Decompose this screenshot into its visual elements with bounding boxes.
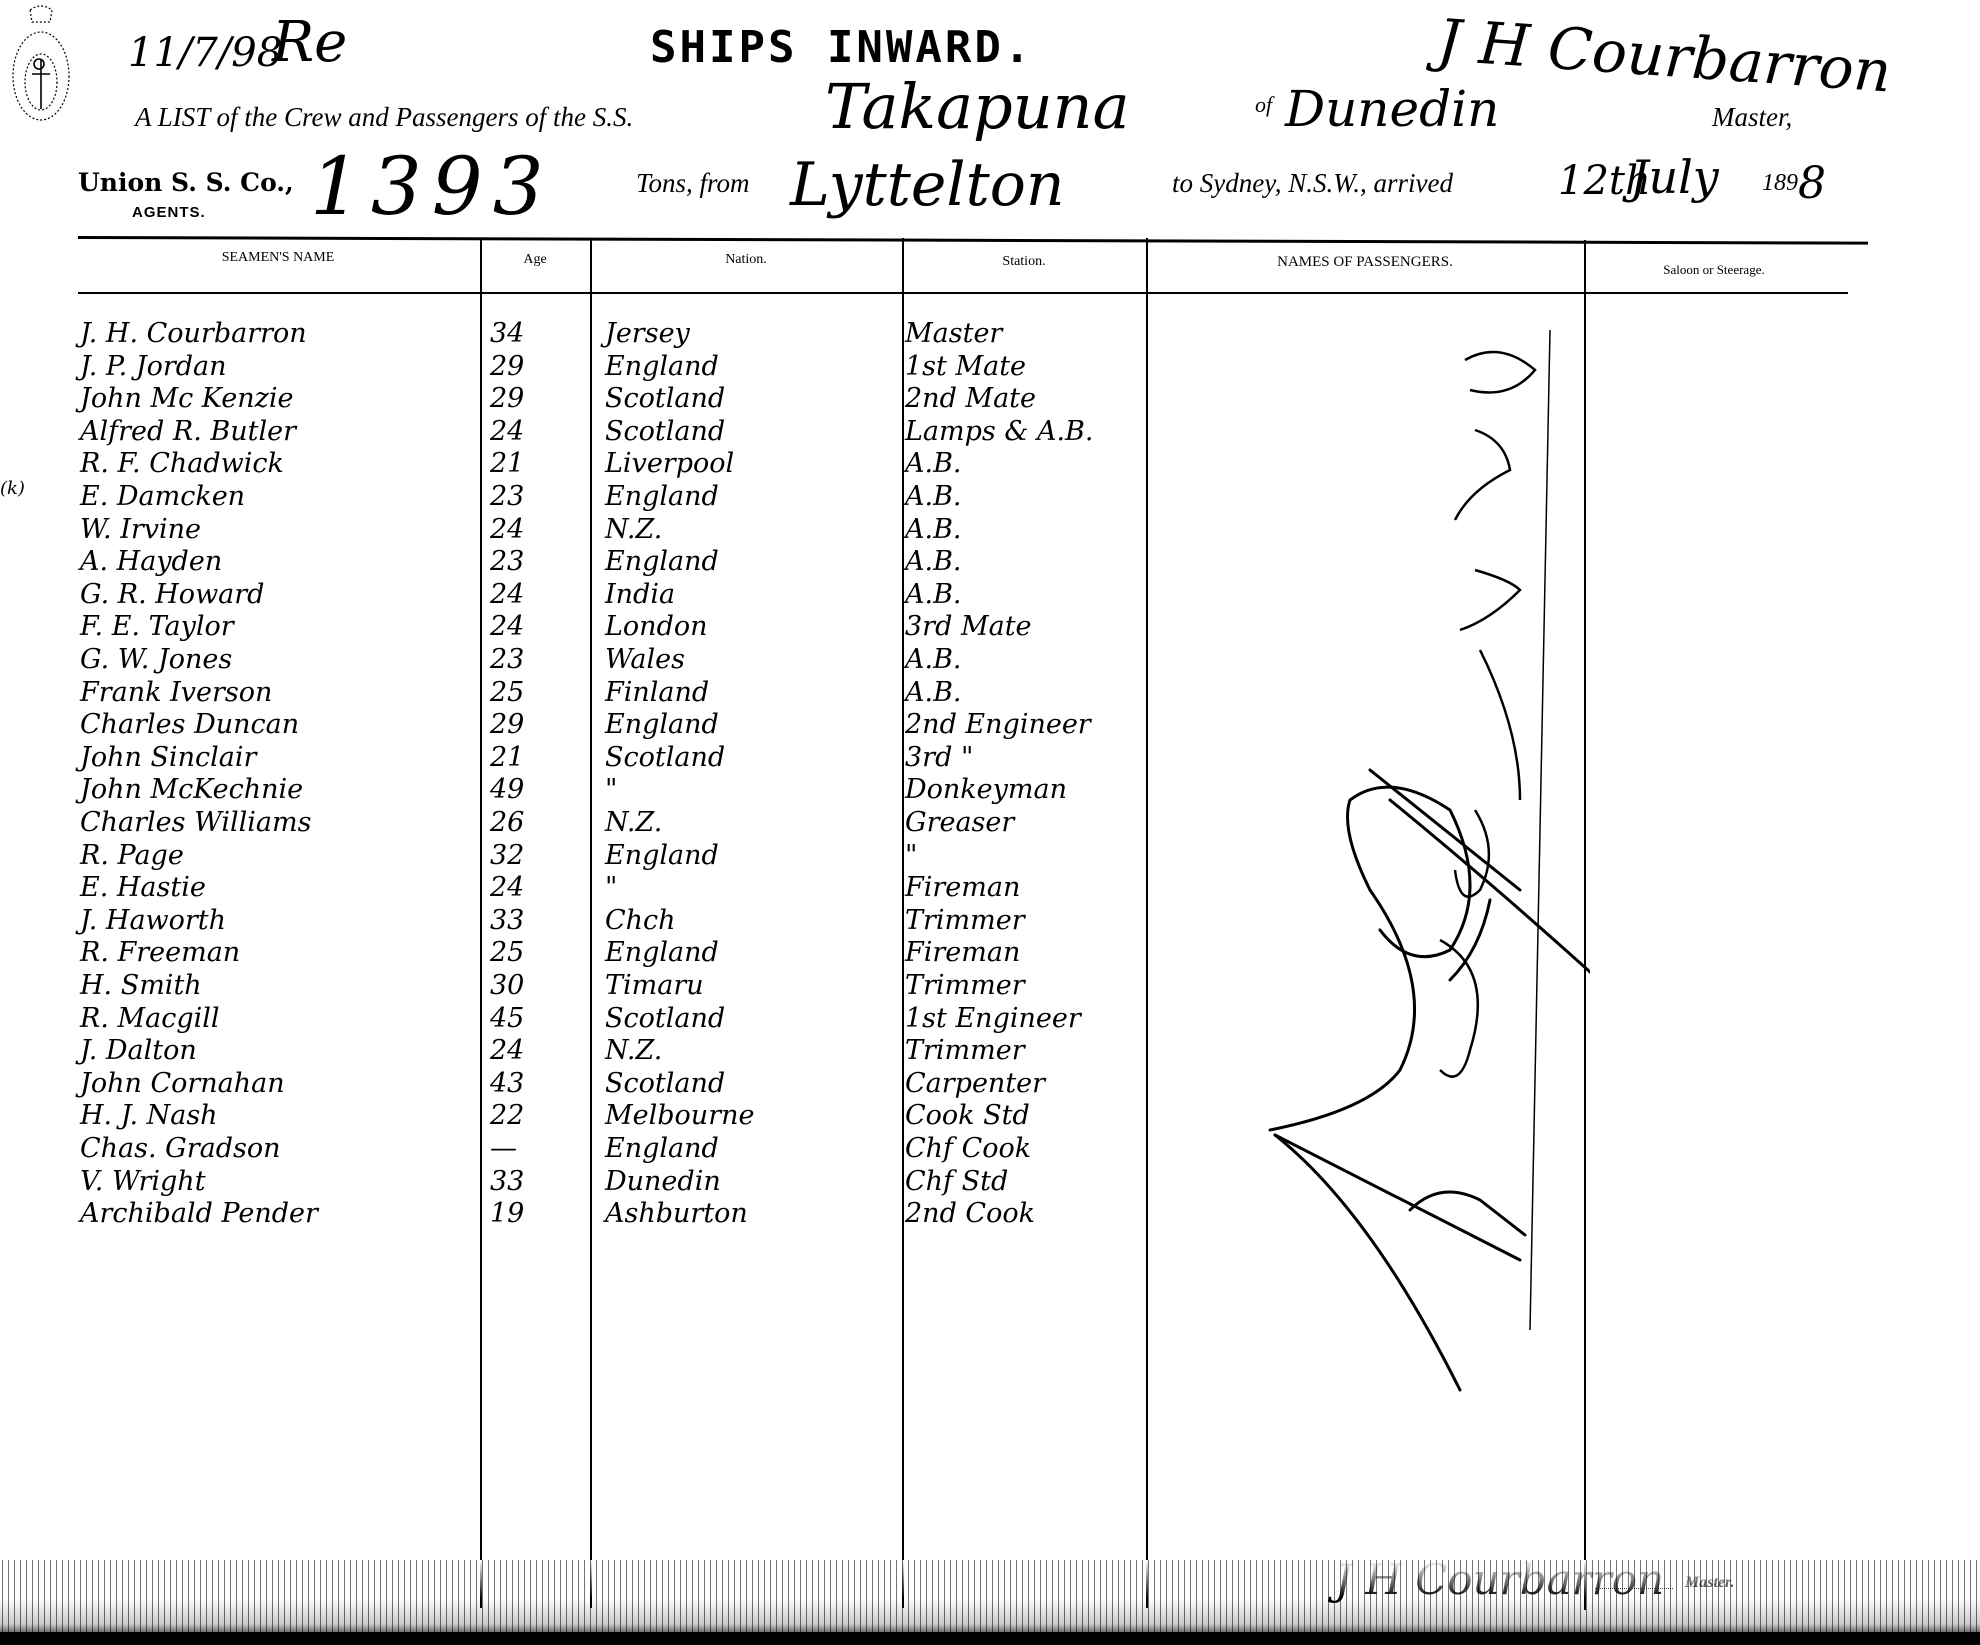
seaman-age: 24 (490, 579, 580, 611)
crew-row: Frank Iverson25FinlandA.B. (0, 677, 1980, 709)
seaman-station: Trimmer (905, 970, 1145, 1002)
seaman-station: Greaser (905, 807, 1145, 839)
seaman-station: 3rd " (905, 742, 1145, 774)
seaman-nation: Liverpool (605, 448, 895, 480)
seaman-nation: London (605, 611, 895, 643)
seaman-nation: Scotland (605, 416, 895, 448)
seaman-station: 2nd Cook (905, 1198, 1145, 1230)
crew-row: V. Wright33DunedinChf Std (0, 1166, 1980, 1198)
seaman-station: A.B. (905, 448, 1145, 480)
seaman-age: 33 (490, 1166, 580, 1198)
seaman-age: 23 (490, 644, 580, 676)
home-port: Dunedin (1285, 80, 1499, 138)
seaman-station: 3rd Mate (905, 611, 1145, 643)
seaman-name: R. Page (80, 840, 480, 872)
crew-row: J. Dalton24N.Z.Trimmer (0, 1035, 1980, 1067)
seaman-station: 2nd Mate (905, 383, 1145, 415)
seaman-nation: England (605, 351, 895, 383)
crew-row: A. Hayden23EnglandA.B. (0, 546, 1980, 578)
crew-row: H. J. Nash22MelbourneCook Std (0, 1100, 1980, 1132)
seaman-age: 21 (490, 448, 580, 480)
column-header-station: Station. (902, 254, 1146, 270)
seaman-name: John Mc Kenzie (80, 383, 480, 415)
seaman-age: 22 (490, 1100, 580, 1132)
seaman-name: John Cornahan (80, 1068, 480, 1100)
tons-from-label: Tons, from (636, 168, 750, 199)
seaman-station: Chf Cook (905, 1133, 1145, 1165)
seaman-name: J. P. Jordan (80, 351, 480, 383)
seaman-age: 29 (490, 351, 580, 383)
seaman-nation: Melbourne (605, 1100, 895, 1132)
header-rule (78, 236, 1868, 245)
column-header-nation: Nation. (590, 252, 902, 268)
seaman-age: 24 (490, 872, 580, 904)
seaman-name: Charles Williams (80, 807, 480, 839)
initials-annotation: Re (272, 10, 347, 75)
seaman-nation: England (605, 937, 895, 969)
seaman-station: 2nd Engineer (905, 709, 1145, 741)
scan-edge (0, 1632, 1980, 1645)
crew-row: Archibald Pender19Ashburton2nd Cook (0, 1198, 1980, 1230)
seaman-nation: England (605, 546, 895, 578)
crew-row: Alfred R. Butler24ScotlandLamps & A.B. (0, 416, 1980, 448)
crew-row: H. Smith30TimaruTrimmer (0, 970, 1980, 1002)
seaman-nation: England (605, 709, 895, 741)
seaman-age: 24 (490, 514, 580, 546)
seaman-age: 43 (490, 1068, 580, 1100)
seaman-station: Master (905, 318, 1145, 350)
column-header-passengers: NAMES OF PASSENGERS. (1146, 254, 1584, 271)
seaman-station: Carpenter (905, 1068, 1145, 1100)
seaman-age: 23 (490, 481, 580, 513)
seaman-age: 24 (490, 1035, 580, 1067)
crew-row: J. Haworth33ChchTrimmer (0, 905, 1980, 937)
seaman-age: 25 (490, 937, 580, 969)
seaman-station: " (905, 840, 1145, 872)
agents-label: AGENTS. (132, 204, 206, 221)
seaman-name: V. Wright (80, 1166, 480, 1198)
page-title: SHIPS INWARD. (650, 22, 1033, 73)
seaman-nation: N.Z. (605, 807, 895, 839)
list-intro: A LIST of the Crew and Passengers of the… (135, 102, 633, 133)
agent-company: Union S. S. Co., (78, 168, 294, 197)
seaman-age: 19 (490, 1198, 580, 1230)
seaman-station: Lamps & A.B. (905, 416, 1145, 448)
seaman-name: Alfred R. Butler (80, 416, 480, 448)
seaman-age: 29 (490, 383, 580, 415)
seaman-nation: Ashburton (605, 1198, 895, 1230)
no-passengers-scrawl: No Passengers (1250, 330, 1590, 1410)
seaman-station: Chf Std (905, 1166, 1145, 1198)
crew-row: John Mc Kenzie29Scotland2nd Mate (0, 383, 1980, 415)
seaman-nation: England (605, 1133, 895, 1165)
seaman-station: A.B. (905, 546, 1145, 578)
ship-name: Takapuna (825, 70, 1130, 143)
arrival-year-prefix: 189 (1762, 170, 1798, 197)
seaman-name: J. H. Courbarron (80, 318, 480, 350)
crew-row: Charles Duncan29England2nd Engineer (0, 709, 1980, 741)
seaman-age: 24 (490, 611, 580, 643)
seaman-name: Archibald Pender (80, 1198, 480, 1230)
crew-row: G. W. Jones23WalesA.B. (0, 644, 1980, 676)
seaman-nation: Jersey (605, 318, 895, 350)
seaman-age: 23 (490, 546, 580, 578)
crew-row: John McKechnie49"Donkeyman (0, 774, 1980, 806)
seaman-nation: N.Z. (605, 514, 895, 546)
seaman-age: — (490, 1133, 580, 1165)
crew-row: E. Damcken23EnglandA.B. (0, 481, 1980, 513)
seaman-station: 1st Mate (905, 351, 1145, 383)
column-header-class: Saloon or Steerage. (1584, 262, 1844, 278)
seaman-name: R. Macgill (80, 1003, 480, 1035)
master-signature-top: J H Courbarron (1435, 6, 1893, 106)
seaman-name: R. F. Chadwick (80, 448, 480, 480)
seaman-nation: " (605, 774, 895, 806)
seaman-nation: India (605, 579, 895, 611)
seaman-age: 26 (490, 807, 580, 839)
seaman-name: F. E. Taylor (80, 611, 480, 643)
seaman-name: Charles Duncan (80, 709, 480, 741)
seaman-name: A. Hayden (80, 546, 480, 578)
seaman-name: Frank Iverson (80, 677, 480, 709)
seaman-nation: England (605, 481, 895, 513)
arrival-month: July (1630, 150, 1719, 204)
crew-row: R. F. Chadwick21LiverpoolA.B. (0, 448, 1980, 480)
seaman-station: Fireman (905, 872, 1145, 904)
seaman-name: H. J. Nash (80, 1100, 480, 1132)
seaman-station: A.B. (905, 579, 1145, 611)
seaman-age: 29 (490, 709, 580, 741)
crew-row: John Sinclair21Scotland3rd " (0, 742, 1980, 774)
seaman-station: A.B. (905, 514, 1145, 546)
crew-row: G. R. Howard24IndiaA.B. (0, 579, 1980, 611)
crew-row: Charles Williams26N.Z.Greaser (0, 807, 1980, 839)
seaman-name: E. Hastie (80, 872, 480, 904)
seaman-name: E. Damcken (80, 481, 480, 513)
column-header-rule (78, 292, 1848, 294)
seaman-nation: " (605, 872, 895, 904)
arrival-year-suffix: 8 (1798, 158, 1826, 209)
seaman-name: H. Smith (80, 970, 480, 1002)
seaman-nation: Dunedin (605, 1166, 895, 1198)
seaman-nation: England (605, 840, 895, 872)
seaman-name: G. R. Howard (80, 579, 480, 611)
crew-row: R. Freeman25EnglandFireman (0, 937, 1980, 969)
seaman-age: 34 (490, 318, 580, 350)
seaman-name: J. Dalton (80, 1035, 480, 1067)
seaman-station: Fireman (905, 937, 1145, 969)
seaman-name: John Sinclair (80, 742, 480, 774)
seaman-station: A.B. (905, 644, 1145, 676)
seaman-nation: Scotland (605, 742, 895, 774)
crew-row: F. E. Taylor24London3rd Mate (0, 611, 1980, 643)
crew-row: J. H. Courbarron34JerseyMaster (0, 318, 1980, 350)
of-label: of (1255, 92, 1272, 118)
seaman-name: J. Haworth (80, 905, 480, 937)
date-annotation: 11/7/98 (128, 30, 282, 76)
seaman-nation: Wales (605, 644, 895, 676)
seaman-age: 30 (490, 970, 580, 1002)
seaman-station: A.B. (905, 677, 1145, 709)
seaman-station: Cook Std (905, 1100, 1145, 1132)
crew-row: E. Hastie24"Fireman (0, 872, 1980, 904)
seaman-nation: N.Z. (605, 1035, 895, 1067)
seaman-age: 24 (490, 416, 580, 448)
seaman-nation: Timaru (605, 970, 895, 1002)
crew-row: R. Page32England" (0, 840, 1980, 872)
tonnage-value: 1393 (310, 140, 554, 233)
seaman-nation: Scotland (605, 383, 895, 415)
seaman-name: W. Irvine (80, 514, 480, 546)
seaman-age: 33 (490, 905, 580, 937)
seaman-name: G. W. Jones (80, 644, 480, 676)
seaman-name: John McKechnie (80, 774, 480, 806)
svg-text:No Passengers: No Passengers (1250, 330, 1256, 331)
seaman-station: Donkeyman (905, 774, 1145, 806)
seaman-age: 49 (490, 774, 580, 806)
seaman-station: 1st Engineer (905, 1003, 1145, 1035)
seaman-nation: Scotland (605, 1068, 895, 1100)
departure-port: Lyttelton (790, 150, 1064, 220)
seaman-nation: Chch (605, 905, 895, 937)
seaman-age: 25 (490, 677, 580, 709)
seaman-station: Trimmer (905, 1035, 1145, 1067)
seaman-nation: Finland (605, 677, 895, 709)
seaman-name: R. Freeman (80, 937, 480, 969)
column-header-age: Age (480, 252, 590, 268)
seaman-station: Trimmer (905, 905, 1145, 937)
crew-row: John Cornahan43ScotlandCarpenter (0, 1068, 1980, 1100)
crew-row: J. P. Jordan29England1st Mate (0, 351, 1980, 383)
seaman-age: 45 (490, 1003, 580, 1035)
crown-stamp-icon (8, 4, 74, 124)
crew-row: W. Irvine24N.Z.A.B. (0, 514, 1980, 546)
seaman-age: 32 (490, 840, 580, 872)
crew-row: Chas. Gradson—EnglandChf Cook (0, 1133, 1980, 1165)
seaman-age: 21 (490, 742, 580, 774)
crew-row: R. Macgill45Scotland1st Engineer (0, 1003, 1980, 1035)
seaman-nation: Scotland (605, 1003, 895, 1035)
seaman-name: Chas. Gradson (80, 1133, 480, 1165)
destination-text: to Sydney, N.S.W., arrived (1172, 168, 1453, 199)
master-label: Master, (1712, 102, 1792, 133)
column-header-name: SEAMEN'S NAME (78, 250, 478, 266)
seaman-station: A.B. (905, 481, 1145, 513)
